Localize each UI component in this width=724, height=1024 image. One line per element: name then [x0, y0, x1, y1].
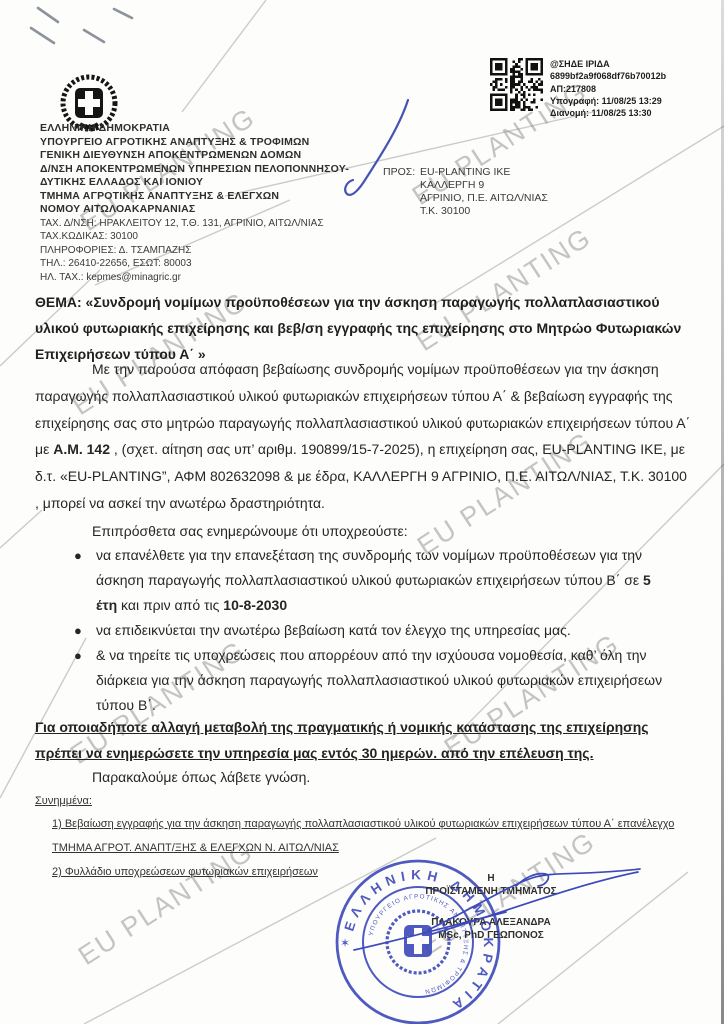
registry-number: Α.Μ. 142 — [53, 441, 110, 457]
contact-line-email: ΗΛ. ΤΑΧ.: kepmes@minagric.gr — [40, 271, 370, 285]
acknowledgement-line: Παρακαλούμε όπως λάβετε γνώση. — [92, 769, 310, 785]
recipient-label: ΠΡΟΣ: — [383, 166, 420, 218]
bullet-icon: ● — [74, 543, 82, 568]
bullet-text: να επανέλθετε για την επανεξέταση της συ… — [96, 547, 643, 588]
recipient-line: ΚΑΛΛΕΡΓΗ 9 — [420, 179, 548, 192]
attachments-title: Συνημμένα: — [35, 795, 705, 807]
contact-line-info: ΠΛΗΡΟΦΟΡΙΕΣ: Δ. ΤΣΑΜΠΑΖΗΣ — [40, 244, 370, 258]
agency-header: ΕΛΛΗΝΙΚΗ ΔΗΜΟΚΡΑΤΙΑ ΥΠΟΥΡΓΕΙΟ ΑΓΡΟΤΙΚΗΣ … — [40, 122, 370, 284]
contact-line-address: ΤΑΧ. Δ/ΝΣΗ: ΗΡΑΚΛΕΙΤΟΥ 12, Τ.Θ. 131, ΑΓΡ… — [40, 217, 370, 231]
recipient-block: ΠΡΟΣ: EU-PLANTING ΙΚΕ ΚΑΛΛΕΡΓΗ 9 ΑΓΡΙΝΙΟ… — [383, 166, 548, 218]
protocol-lines: @ΣΗΔΕ ΙΡΙΔΑ 6899bf2a9f068df76b70012b ΑΠ:… — [550, 58, 666, 119]
bullet-text: & να τηρείτε τις υποχρεώσεις που απορρέο… — [96, 647, 662, 713]
bullet-text: και πριν από τις — [117, 597, 223, 613]
agency-line: ΓΕΝΙΚΗ ΔΙΕΥΘΥΝΣΗ ΑΠΟΚΕΝΤΡΩΜΕΝΩΝ ΔΟΜΩΝ — [40, 149, 370, 163]
bullet-text: να επιδεικνύεται την ανωτέρω βεβαίωση κα… — [96, 622, 571, 638]
digital-protocol-block: @ΣΗΔΕ ΙΡΙΔΑ 6899bf2a9f068df76b70012b ΑΠ:… — [490, 58, 666, 119]
staple-marks — [22, 0, 142, 55]
body-text: , (σχετ. αίτηση σας υπ’ αριθμ. 190899/15… — [35, 441, 687, 511]
recipient-line: EU-PLANTING ΙΚΕ — [420, 166, 548, 179]
scanned-document-page: EU PLANTING EU PLANTING EU PLANTING EU P… — [0, 0, 724, 1024]
recipient-line: Τ.Κ. 30100 — [420, 205, 548, 218]
agency-line: ΝΟΜΟΥ ΑΙΤΩΛΟΑΚΑΡΝΑΝΙΑΣ — [40, 203, 370, 217]
bullet-icon: ● — [74, 618, 82, 643]
agency-line: ΤΜΗΜΑ ΑΓΡΟΤΙΚΗΣ ΑΝΑΠΤΥΞΗΣ & ΕΛΕΓΧΩΝ — [40, 190, 370, 204]
list-item: ●να επιδεικνύεται την ανωτέρω βεβαίωση κ… — [72, 618, 664, 643]
protocol-distributed: Διανομή: 11/08/25 13:30 — [550, 107, 666, 119]
bullet-icon: ● — [74, 643, 82, 668]
agency-line: ΔΥΤΙΚΗΣ ΕΛΛΑΔΟΣ ΚΑΙ ΙΟΝΙΟΥ — [40, 176, 370, 190]
obligations-list: ●να επανέλθετε για την επανεξέταση της σ… — [72, 543, 664, 718]
recipient-line: ΑΓΡΙΝΙΟ, Π.Ε. ΑΙΤΩΛ/ΝΙΑΣ — [420, 192, 548, 205]
list-item: ●να επανέλθετε για την επανεξέταση της σ… — [72, 543, 664, 618]
obligations-intro: Επιπρόσθετα σας ενημερώνουμε ότι υποχρεο… — [35, 519, 691, 544]
protocol-system: @ΣΗΔΕ ΙΡΙΔΑ — [550, 58, 666, 70]
change-notification-notice: Για οποιαδήποτε αλλαγή μεταβολή της πραγ… — [35, 714, 697, 766]
subject-label: ΘΕΜΑ: — [35, 294, 82, 310]
renewal-deadline: 10-8-2030 — [223, 597, 287, 613]
contact-line-postcode: ΤΑΧ.ΚΩΔΙΚΑΣ: 30100 — [40, 230, 370, 244]
agency-line: ΥΠΟΥΡΓΕΙΟ ΑΓΡΟΤΙΚΗΣ ΑΝΑΠΤΥΞΗΣ & ΤΡΟΦΙΜΩΝ — [40, 136, 370, 150]
attachment-item: 1) Βεβαίωση εγγραφής για την άσκηση παρα… — [52, 814, 705, 834]
recipient-address: EU-PLANTING ΙΚΕ ΚΑΛΛΕΡΓΗ 9 ΑΓΡΙΝΙΟ, Π.Ε.… — [420, 166, 548, 218]
qr-code — [490, 58, 543, 111]
list-item: ●& να τηρείτε τις υποχρεώσεις που απορρέ… — [72, 643, 664, 718]
contact-line-phone: ΤΗΛ.: 26410-22656, ΕΣΩΤ: 80003 — [40, 257, 370, 271]
subject-text: «Συνδρομή νομίμων προϋποθέσεων για την ά… — [35, 294, 681, 362]
protocol-doc-id: 6899bf2a9f068df76b70012b — [550, 70, 666, 82]
body-paragraph-1: Με την παρούσα απόφαση βεβαίωσης συνδρομ… — [35, 356, 691, 517]
agency-line: Δ/ΝΣΗ ΑΠΟΚΕΝΤΡΩΜΕΝΩΝ ΥΠΗΡΕΣΙΩΝ ΠΕΛΟΠΟΝΝΗ… — [40, 163, 370, 177]
protocol-signed: Υπογραφή: 11/08/25 13:29 — [550, 95, 666, 107]
handwritten-signature — [340, 852, 670, 982]
protocol-number: ΑΠ:217808 — [550, 83, 666, 95]
agency-line: ΕΛΛΗΝΙΚΗ ΔΗΜΟΚΡΑΤΙΑ — [40, 122, 370, 136]
